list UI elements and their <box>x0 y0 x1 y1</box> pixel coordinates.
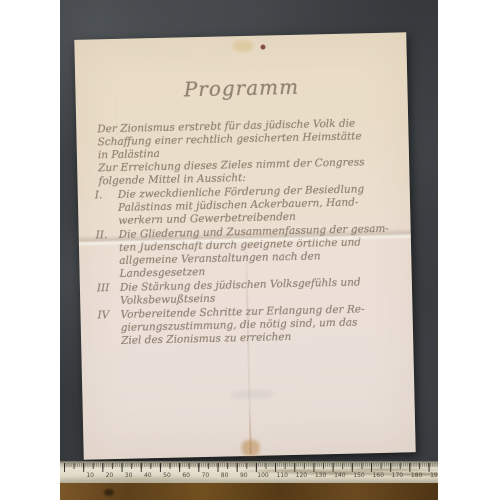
ruler-tick-marks <box>64 463 438 472</box>
ruler-number: 130 <box>315 472 326 479</box>
ruler-number: 150 <box>353 472 364 479</box>
ruler-number: 40 <box>144 472 152 479</box>
ruler-number: 120 <box>296 472 307 479</box>
ruler-number: 110 <box>276 472 287 479</box>
ruler-number: 50 <box>163 472 171 479</box>
ruler-number: 30 <box>125 472 133 479</box>
millimeter-ruler: 1020304050607080901001101201301401501601… <box>60 461 438 483</box>
roman-numeral-3: III <box>96 282 121 309</box>
ruler-number: 20 <box>106 472 114 479</box>
faint-smudge <box>230 389 274 399</box>
ruler-number: 140 <box>334 472 345 479</box>
ruler-number: 180 <box>411 472 422 479</box>
ruler-number: 170 <box>392 472 403 479</box>
ruler-number: 60 <box>182 472 190 479</box>
document-title: Programm <box>75 72 407 104</box>
wood-knot <box>104 489 114 496</box>
document-paper: Programm Der Zionismus erstrebt für das … <box>74 32 415 459</box>
roman-numeral-4: IV <box>96 309 121 349</box>
roman-numeral-1: I. <box>94 189 119 229</box>
wood-table-edge <box>60 483 438 500</box>
list-item-1: I. Die zweckdienliche Förderung der Besi… <box>94 182 403 228</box>
ruler-number: 70 <box>202 472 210 479</box>
ruler-number: 80 <box>221 472 229 479</box>
ruler-number: 190 <box>430 472 438 479</box>
yellow-stain <box>232 40 253 52</box>
ruler-number: 160 <box>372 472 383 479</box>
ruler-number: 10 <box>86 472 94 479</box>
brown-stain <box>241 440 259 456</box>
photograph: Programm Der Zionismus erstrebt für das … <box>60 0 438 500</box>
ruler-number: 90 <box>240 472 248 479</box>
red-ink-dot <box>260 44 265 49</box>
list-item-4: IV Vorbereitende Schritte zur Erlangung … <box>96 302 405 348</box>
ruler-number: 100 <box>257 472 268 479</box>
